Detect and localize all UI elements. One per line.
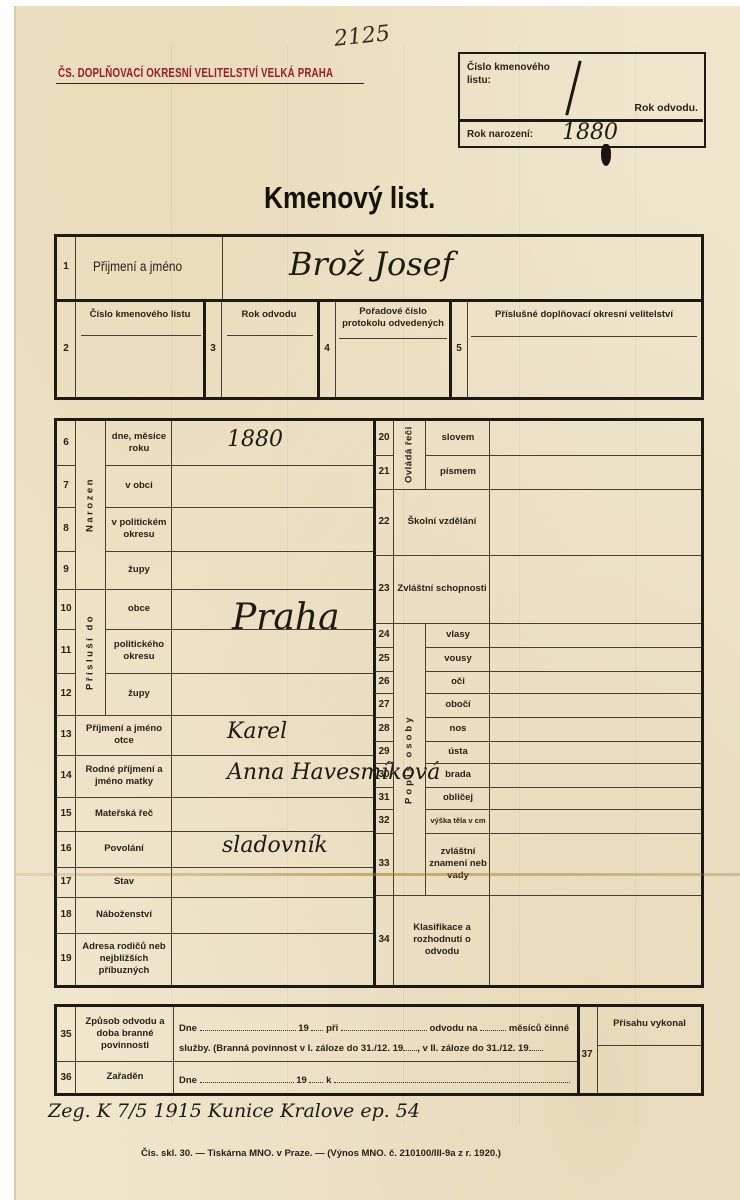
- row-number: 7: [57, 480, 75, 491]
- field-label: nos: [427, 717, 489, 741]
- field-label: Mateřská řeč: [77, 797, 171, 831]
- divider: [375, 763, 393, 764]
- divider: [375, 647, 393, 648]
- divider: [57, 465, 75, 466]
- text: Dne: [179, 1023, 197, 1034]
- handwritten-note: Zeg. K 7/5 1915 Kunice Kralove ep. 54: [48, 1100, 420, 1122]
- reserve2-year-field[interactable]: [529, 1050, 543, 1051]
- archive-number: 2125: [333, 21, 391, 52]
- divider: [393, 421, 394, 985]
- text: Dne: [179, 1075, 197, 1086]
- months-field[interactable]: [480, 1030, 506, 1031]
- divider: [57, 673, 75, 674]
- field-label: ústa: [427, 741, 489, 763]
- divider: [375, 809, 393, 810]
- row-number: 9: [57, 564, 75, 575]
- divider: [467, 301, 468, 397]
- field-label: Rodné příjmení a jméno matky: [77, 755, 171, 797]
- field-value[interactable]: [495, 717, 697, 741]
- divider: [375, 787, 393, 788]
- group-popis: Popis osoby: [395, 623, 423, 895]
- surname-name-label: Přijmení a jméno: [93, 259, 182, 274]
- row-number: 33: [375, 858, 393, 869]
- rok-narozeni-label: Rok narození:: [467, 129, 533, 141]
- row-number: 27: [375, 699, 393, 710]
- cislo-label-line2: listu:: [467, 75, 491, 87]
- divider: [375, 693, 393, 694]
- ink-blot: [601, 144, 611, 166]
- divider: [57, 299, 701, 302]
- field-label: v politickém okresu: [107, 507, 171, 551]
- field-value: 1880: [227, 427, 283, 452]
- row-number: 34: [375, 934, 393, 945]
- field-label: brada: [427, 763, 489, 787]
- field-value[interactable]: [495, 623, 697, 647]
- field-value[interactable]: [495, 809, 697, 833]
- text: služby. (Branná povinnost v I. záloze do…: [179, 1043, 403, 1054]
- main-table: NarozenPřísluší do6dne, měsíce roku18807…: [54, 418, 704, 988]
- divider: [57, 1061, 577, 1062]
- field-label: zvláštní znamení neb vady: [427, 833, 489, 895]
- divider: [75, 237, 76, 299]
- row-number: 26: [375, 676, 393, 687]
- divider: [75, 1007, 76, 1093]
- divider: [222, 237, 223, 299]
- rok-narozeni-value: 1880: [562, 120, 618, 145]
- row-number: 6: [57, 437, 75, 448]
- cislo-label-line1: Číslo kmenového: [467, 62, 550, 74]
- divider: [171, 421, 172, 985]
- field-value: sladovník: [222, 833, 328, 858]
- field-label: v obci: [107, 465, 171, 507]
- row-number: 12: [57, 688, 75, 699]
- row-number: 28: [375, 723, 393, 734]
- field-value[interactable]: [495, 421, 697, 455]
- field-label: výška těla v cm: [427, 809, 489, 833]
- field-value[interactable]: [495, 693, 697, 717]
- row-number: 8: [57, 523, 75, 534]
- row-number: 1: [57, 261, 75, 272]
- divider: [471, 336, 697, 337]
- row35-label: Způsob odvodu a doba branné povinnosti: [77, 1009, 173, 1059]
- divider: [57, 551, 75, 552]
- row-number: 10: [57, 603, 75, 614]
- text: 19: [296, 1075, 307, 1086]
- row-number: 20: [375, 432, 393, 443]
- divider: [375, 717, 393, 718]
- row-number: 30: [375, 769, 393, 780]
- page-title: Kmenový list.: [264, 180, 435, 216]
- field-label: vousy: [427, 647, 489, 671]
- col-label: Číslo kmenového listu: [77, 307, 203, 323]
- rok-odvodu-label: Rok odvodu.: [634, 102, 698, 115]
- row-number: 13: [57, 729, 75, 740]
- fold-crease: [16, 873, 740, 876]
- field-label: župy: [107, 551, 171, 589]
- row-number: 31: [375, 792, 393, 803]
- row-number: 4: [320, 343, 334, 354]
- place-field[interactable]: [341, 1030, 427, 1031]
- text: , v II. záloze do 31./12. 19: [417, 1043, 528, 1054]
- divider: [425, 623, 426, 895]
- text: při: [326, 1023, 338, 1034]
- row-number: 15: [57, 808, 75, 819]
- row-number: 24: [375, 629, 393, 640]
- divider: [598, 1045, 701, 1046]
- divider: [339, 338, 447, 339]
- col-label: Příslušné doplňovací okresní velitelství: [469, 307, 699, 323]
- row-number: 2: [57, 343, 75, 354]
- field-value[interactable]: [495, 833, 697, 895]
- surname-name-value: Brož Josef: [289, 245, 453, 283]
- divider: [57, 589, 373, 590]
- field-label: Povolání: [77, 831, 171, 867]
- row36-line: Dne 19 k: [179, 1075, 570, 1086]
- cislo-value-slash: [565, 60, 581, 115]
- divider: [335, 301, 336, 397]
- divider: [75, 421, 76, 985]
- divider: [375, 455, 393, 456]
- field-value[interactable]: [495, 489, 697, 555]
- row-number: 25: [375, 653, 393, 664]
- divider: [227, 335, 313, 336]
- document-page: 2125 ČS. DOPLŇOVACÍ OKRESNÍ VELITELSTVÍ …: [14, 6, 740, 1200]
- field-label: župy: [107, 673, 171, 715]
- row-number: 32: [375, 815, 393, 826]
- field-label: vlasy: [427, 623, 489, 647]
- bottom-table: 35 Způsob odvodu a doba branné povinnost…: [54, 1004, 704, 1096]
- oath-label: Přísahu vykonal: [598, 1013, 701, 1035]
- row-number: 23: [375, 583, 393, 594]
- field-value[interactable]: [495, 741, 697, 763]
- field-value[interactable]: [495, 787, 697, 809]
- unit-stamp: ČS. DOPLŇOVACÍ OKRESNÍ VELITELSTVÍ VELKÁ…: [58, 66, 333, 80]
- text: měsíců činné: [509, 1023, 569, 1034]
- field-value: Karel: [227, 719, 287, 744]
- field-value: Praha: [232, 597, 340, 638]
- row35-line1: Dne 19 při odvodu na měsíců činné: [179, 1023, 569, 1034]
- row-number: 18: [57, 909, 75, 920]
- field-label: dne, měsíce roku: [107, 421, 171, 465]
- field-label: slovem: [427, 421, 489, 455]
- field-value[interactable]: [495, 671, 697, 693]
- field-label: Náboženství: [77, 897, 171, 933]
- divider: [173, 1007, 174, 1093]
- field-value[interactable]: [495, 895, 697, 985]
- field-label: Stav: [77, 867, 171, 897]
- field-label: oči: [427, 671, 489, 693]
- field-label: Školní vzdělání: [395, 489, 489, 555]
- registry-box: Číslo kmenového listu: Rok odvodu. Rok n…: [458, 52, 706, 148]
- reserve1-year-field[interactable]: [403, 1050, 417, 1051]
- year-field[interactable]: [311, 1030, 323, 1031]
- field-label: Zvláštní schopnosti: [395, 555, 489, 623]
- row-number: 5: [452, 343, 466, 354]
- year-field[interactable]: [309, 1082, 323, 1083]
- divider: [75, 301, 76, 397]
- divider: [81, 335, 201, 336]
- row35-line2: služby. (Branná povinnost v I. záloze do…: [179, 1043, 543, 1054]
- row-number: 16: [57, 843, 75, 854]
- row-number: 29: [375, 746, 393, 757]
- divider: [57, 507, 75, 508]
- divider: [221, 301, 222, 397]
- field-value[interactable]: [495, 555, 697, 623]
- row-number: 14: [57, 770, 75, 781]
- field-label: Adresa rodičů neb nejbližších příbuzných: [77, 933, 171, 985]
- printer-imprint: Čis. skl. 30. — Tiskárna MNO. v Praze. —…: [141, 1148, 501, 1159]
- divider: [375, 741, 393, 742]
- group-prislusi: Přísluší do: [77, 589, 103, 715]
- date-field[interactable]: [200, 1030, 296, 1031]
- divider: [489, 421, 490, 985]
- field-label: Příjmení a jméno otce: [77, 715, 171, 755]
- col-label: Rok odvodu: [223, 307, 315, 323]
- group-ovlada: Ovládá řeči: [395, 421, 423, 489]
- field-value[interactable]: [495, 647, 697, 671]
- row-number: 11: [57, 645, 75, 656]
- assignment-field[interactable]: [334, 1082, 570, 1083]
- col-label: Pořadové číslo protokolu odvedených: [337, 303, 449, 333]
- row-number: 19: [57, 953, 75, 964]
- field-value[interactable]: [495, 455, 697, 489]
- text: odvodu na: [430, 1023, 478, 1034]
- top-section-table: 1 Přijmení a jméno Brož Josef 2 Číslo km…: [54, 234, 704, 400]
- text: 19: [298, 1023, 309, 1034]
- date-field[interactable]: [200, 1082, 294, 1083]
- row-number: 37: [580, 1049, 594, 1060]
- text: k: [326, 1075, 331, 1086]
- field-label: Klasifikace a rozhodnutí o odvodu: [395, 895, 489, 985]
- field-value[interactable]: [495, 763, 697, 787]
- row-number: 36: [57, 1072, 75, 1083]
- field-label: obce: [107, 589, 171, 629]
- field-label: politického okresu: [107, 629, 171, 673]
- row-number: 3: [206, 343, 220, 354]
- divider: [375, 833, 393, 834]
- group-narozen: Narozen: [77, 421, 103, 589]
- row-number: 22: [375, 516, 393, 527]
- field-label: písmem: [427, 455, 489, 489]
- field-label: obočí: [427, 693, 489, 717]
- row36-label: Zařaděn: [77, 1063, 173, 1091]
- divider: [375, 671, 393, 672]
- row-number: 35: [57, 1029, 75, 1040]
- field-label: obličej: [427, 787, 489, 809]
- row-number: 21: [375, 466, 393, 477]
- row-number: 17: [57, 876, 75, 887]
- divider: [57, 629, 75, 630]
